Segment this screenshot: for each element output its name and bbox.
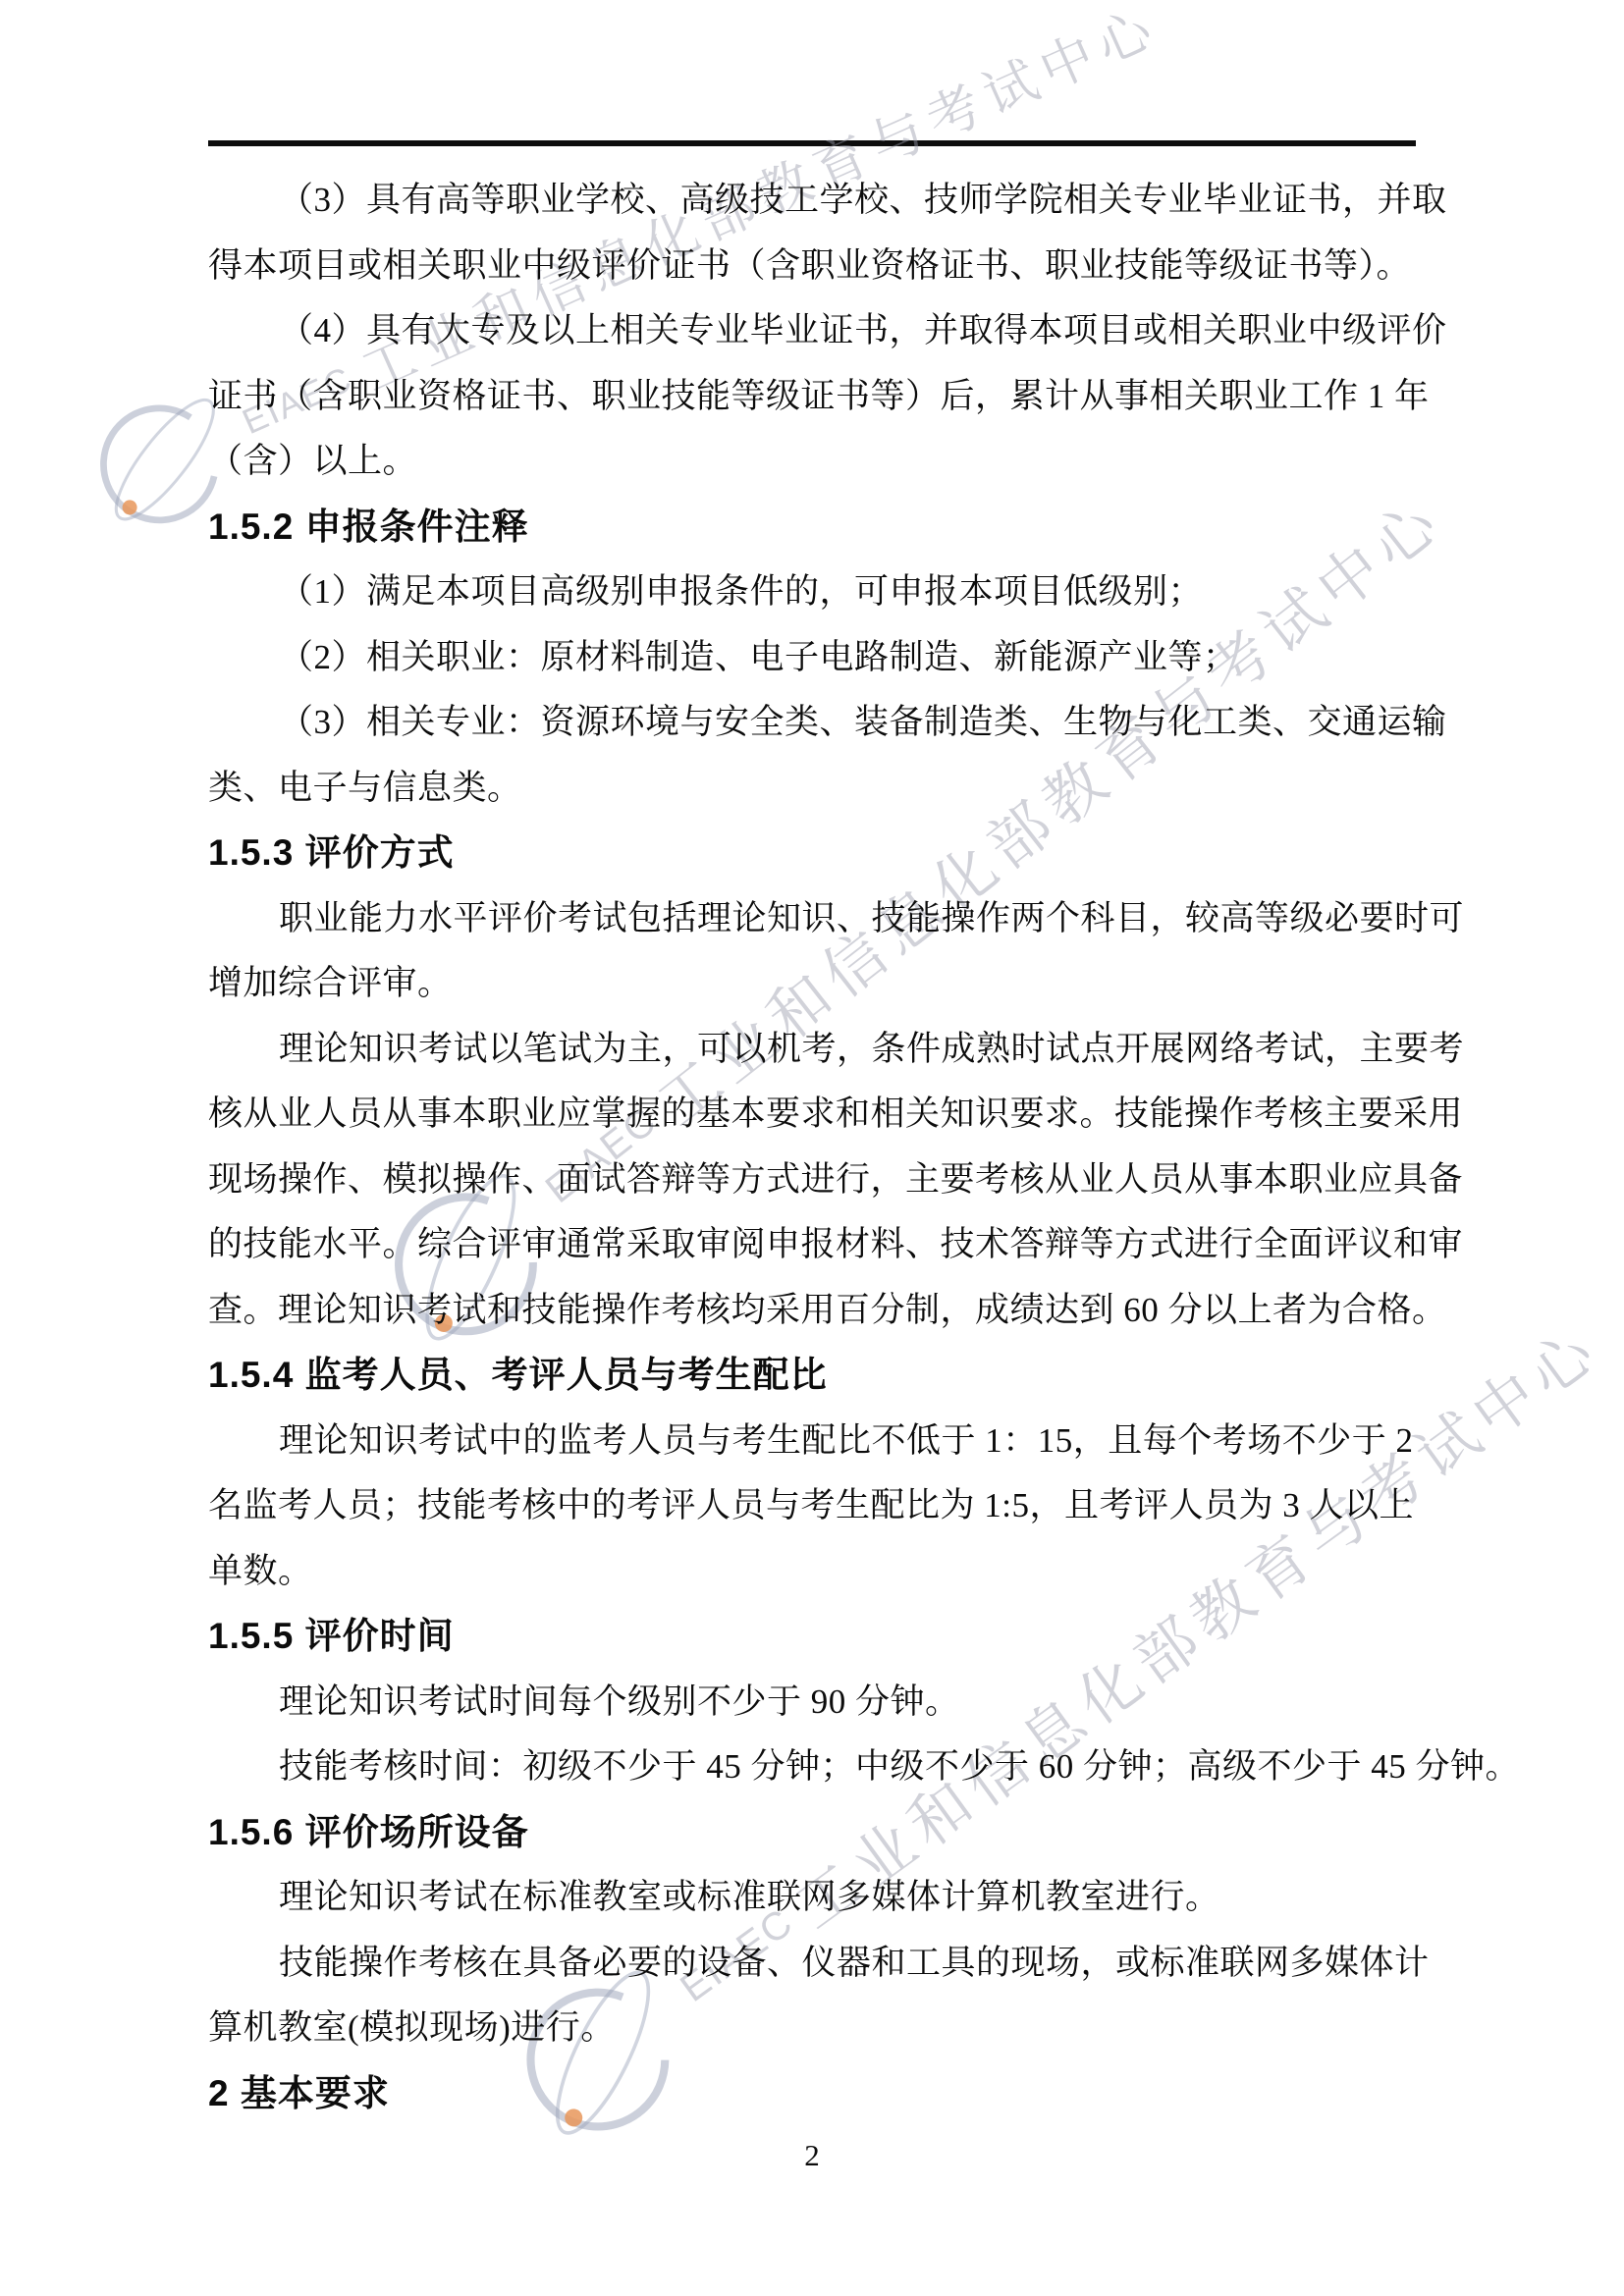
text-line: （2）相关职业：原材料制造、电子电路制造、新能源产业等； — [208, 625, 1418, 691]
page-number: 2 — [0, 2138, 1624, 2173]
text-line: （4）具有大专及以上相关专业毕业证书，并取得本项目或相关职业中级评价 — [208, 298, 1418, 364]
text-line: 类、电子与信息类。 — [208, 756, 1418, 822]
text-line: 算机教室(模拟现场)进行。 — [208, 1996, 1418, 2061]
document-page: EIAEC 工业和信息化部教育与考试中心 EIAEC 工业和信息化部教育与考试中… — [0, 0, 1624, 2296]
text-line: 查。理论知识考试和技能操作考核均采用百分制，成绩达到 60 分以上者为合格。 — [208, 1278, 1418, 1344]
text-line: （3）具有高等职业学校、高级技工学校、技师学院相关专业毕业证书，并取 — [208, 168, 1418, 234]
document-body: （3）具有高等职业学校、高级技工学校、技师学院相关专业毕业证书，并取得本项目或相… — [208, 168, 1418, 2126]
text-line: 技能考核时间：初级不少于 45 分钟；中级不少于 60 分钟；高级不少于 45 … — [208, 1735, 1418, 1800]
text-line: 技能操作考核在具备必要的设备、仪器和工具的现场，或标准联网多媒体计 — [208, 1931, 1418, 1997]
text-line: （含）以上。 — [208, 429, 1418, 495]
text-line: 名监考人员；技能考核中的考评人员与考生配比为 1:5，且考评人员为 3 人以上 — [208, 1473, 1418, 1539]
text-line: 理论知识考试中的监考人员与考生配比不低于 1：15，且每个考场不少于 2 — [208, 1409, 1418, 1474]
section-heading: 1.5.2 申报条件注释 — [208, 495, 1418, 561]
text-line: 单数。 — [208, 1539, 1418, 1605]
text-line: （3）相关专业：资源环境与安全类、装备制造类、生物与化工类、交通运输 — [208, 690, 1418, 756]
text-line: 的技能水平。综合评审通常采取审阅申报材料、技术答辩等方式进行全面评议和审 — [208, 1212, 1418, 1278]
section-heading: 1.5.4 监考人员、考评人员与考生配比 — [208, 1343, 1418, 1409]
section-heading: 1.5.5 评价时间 — [208, 1604, 1418, 1670]
text-line: 现场操作、模拟操作、面试答辩等方式进行，主要考核从业人员从事本职业应具备 — [208, 1148, 1418, 1213]
text-line: 增加综合评审。 — [208, 951, 1418, 1017]
section-heading: 1.5.3 评价方式 — [208, 821, 1418, 886]
text-line: 证书（含职业资格证书、职业技能等级证书等）后，累计从事相关职业工作 1 年 — [208, 364, 1418, 430]
text-line: 理论知识考试时间每个级别不少于 90 分钟。 — [208, 1670, 1418, 1735]
text-line: （1）满足本项目高级别申报条件的，可申报本项目低级别； — [208, 560, 1418, 625]
text-line: 核从业人员从事本职业应掌握的基本要求和相关知识要求。技能操作考核主要采用 — [208, 1082, 1418, 1148]
header-rule — [208, 140, 1416, 146]
text-line: 职业能力水平评价考试包括理论知识、技能操作两个科目，较高等级必要时可 — [208, 886, 1418, 952]
text-line: 理论知识考试在标准教室或标准联网多媒体计算机教室进行。 — [208, 1865, 1418, 1931]
section-heading: 1.5.6 评价场所设备 — [208, 1800, 1418, 1866]
text-line: 得本项目或相关职业中级评价证书（含职业资格证书、职业技能等级证书等）。 — [208, 234, 1418, 299]
section-heading: 2 基本要求 — [208, 2061, 1418, 2127]
text-line: 理论知识考试以笔试为主，可以机考，条件成熟时试点开展网络考试，主要考 — [208, 1017, 1418, 1083]
